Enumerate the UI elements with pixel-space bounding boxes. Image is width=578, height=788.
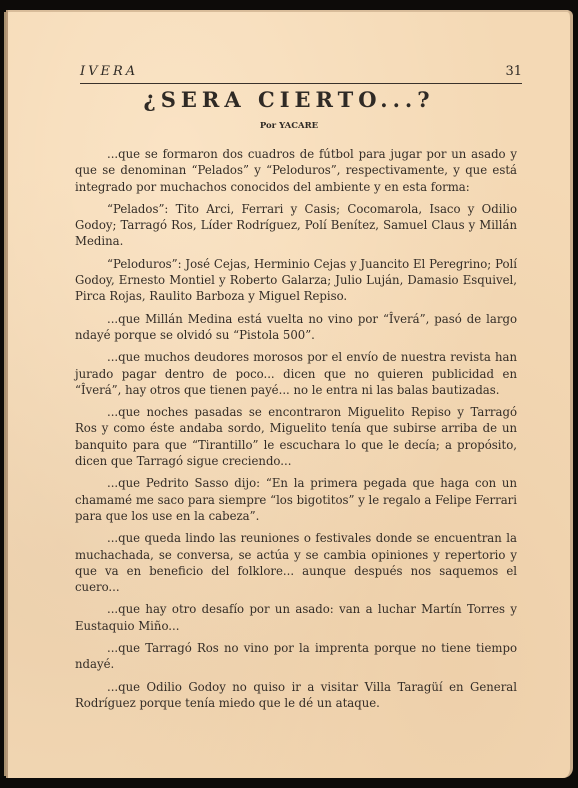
paragraph-peloduros: “Peloduros”: José Cejas, Herminio Cejas … <box>75 256 517 305</box>
paragraph-odilio-godoy: ...que Odilio Godoy no quiso ir a visita… <box>75 679 517 712</box>
article-body: ...que se formaron dos cuadros de fútbol… <box>75 146 517 717</box>
paragraph-reuniones: ...que queda lindo las reuniones o festi… <box>75 530 517 595</box>
paragraph-tarrago-ros: ...que Tarragó Ros no vino por la impren… <box>75 640 517 673</box>
running-header: IVERA 31 <box>80 63 522 84</box>
article-byline: Por YACARE <box>0 121 578 131</box>
magazine-name: IVERA <box>80 64 138 79</box>
paragraph-pelados: “Pelados”: Tito Arci, Ferrari y Casis; C… <box>75 201 517 250</box>
paragraph-millan-medina: ...que Millán Medina está vuelta no vino… <box>75 311 517 344</box>
paragraph-football-teams: ...que se formaron dos cuadros de fútbol… <box>75 146 517 195</box>
paragraph-miguelito-repiso: ...que noches pasadas se encontraron Mig… <box>75 404 517 469</box>
paragraph-pedrito-sasso: ...que Pedrito Sasso dijo: “En la primer… <box>75 475 517 524</box>
article-title: ¿SERA CIERTO...? <box>0 87 578 112</box>
paragraph-deudores: ...que muchos deudores morosos por el en… <box>75 349 517 398</box>
paragraph-desafio: ...que hay otro desafío por un asado: va… <box>75 601 517 634</box>
page-number: 31 <box>505 64 522 79</box>
